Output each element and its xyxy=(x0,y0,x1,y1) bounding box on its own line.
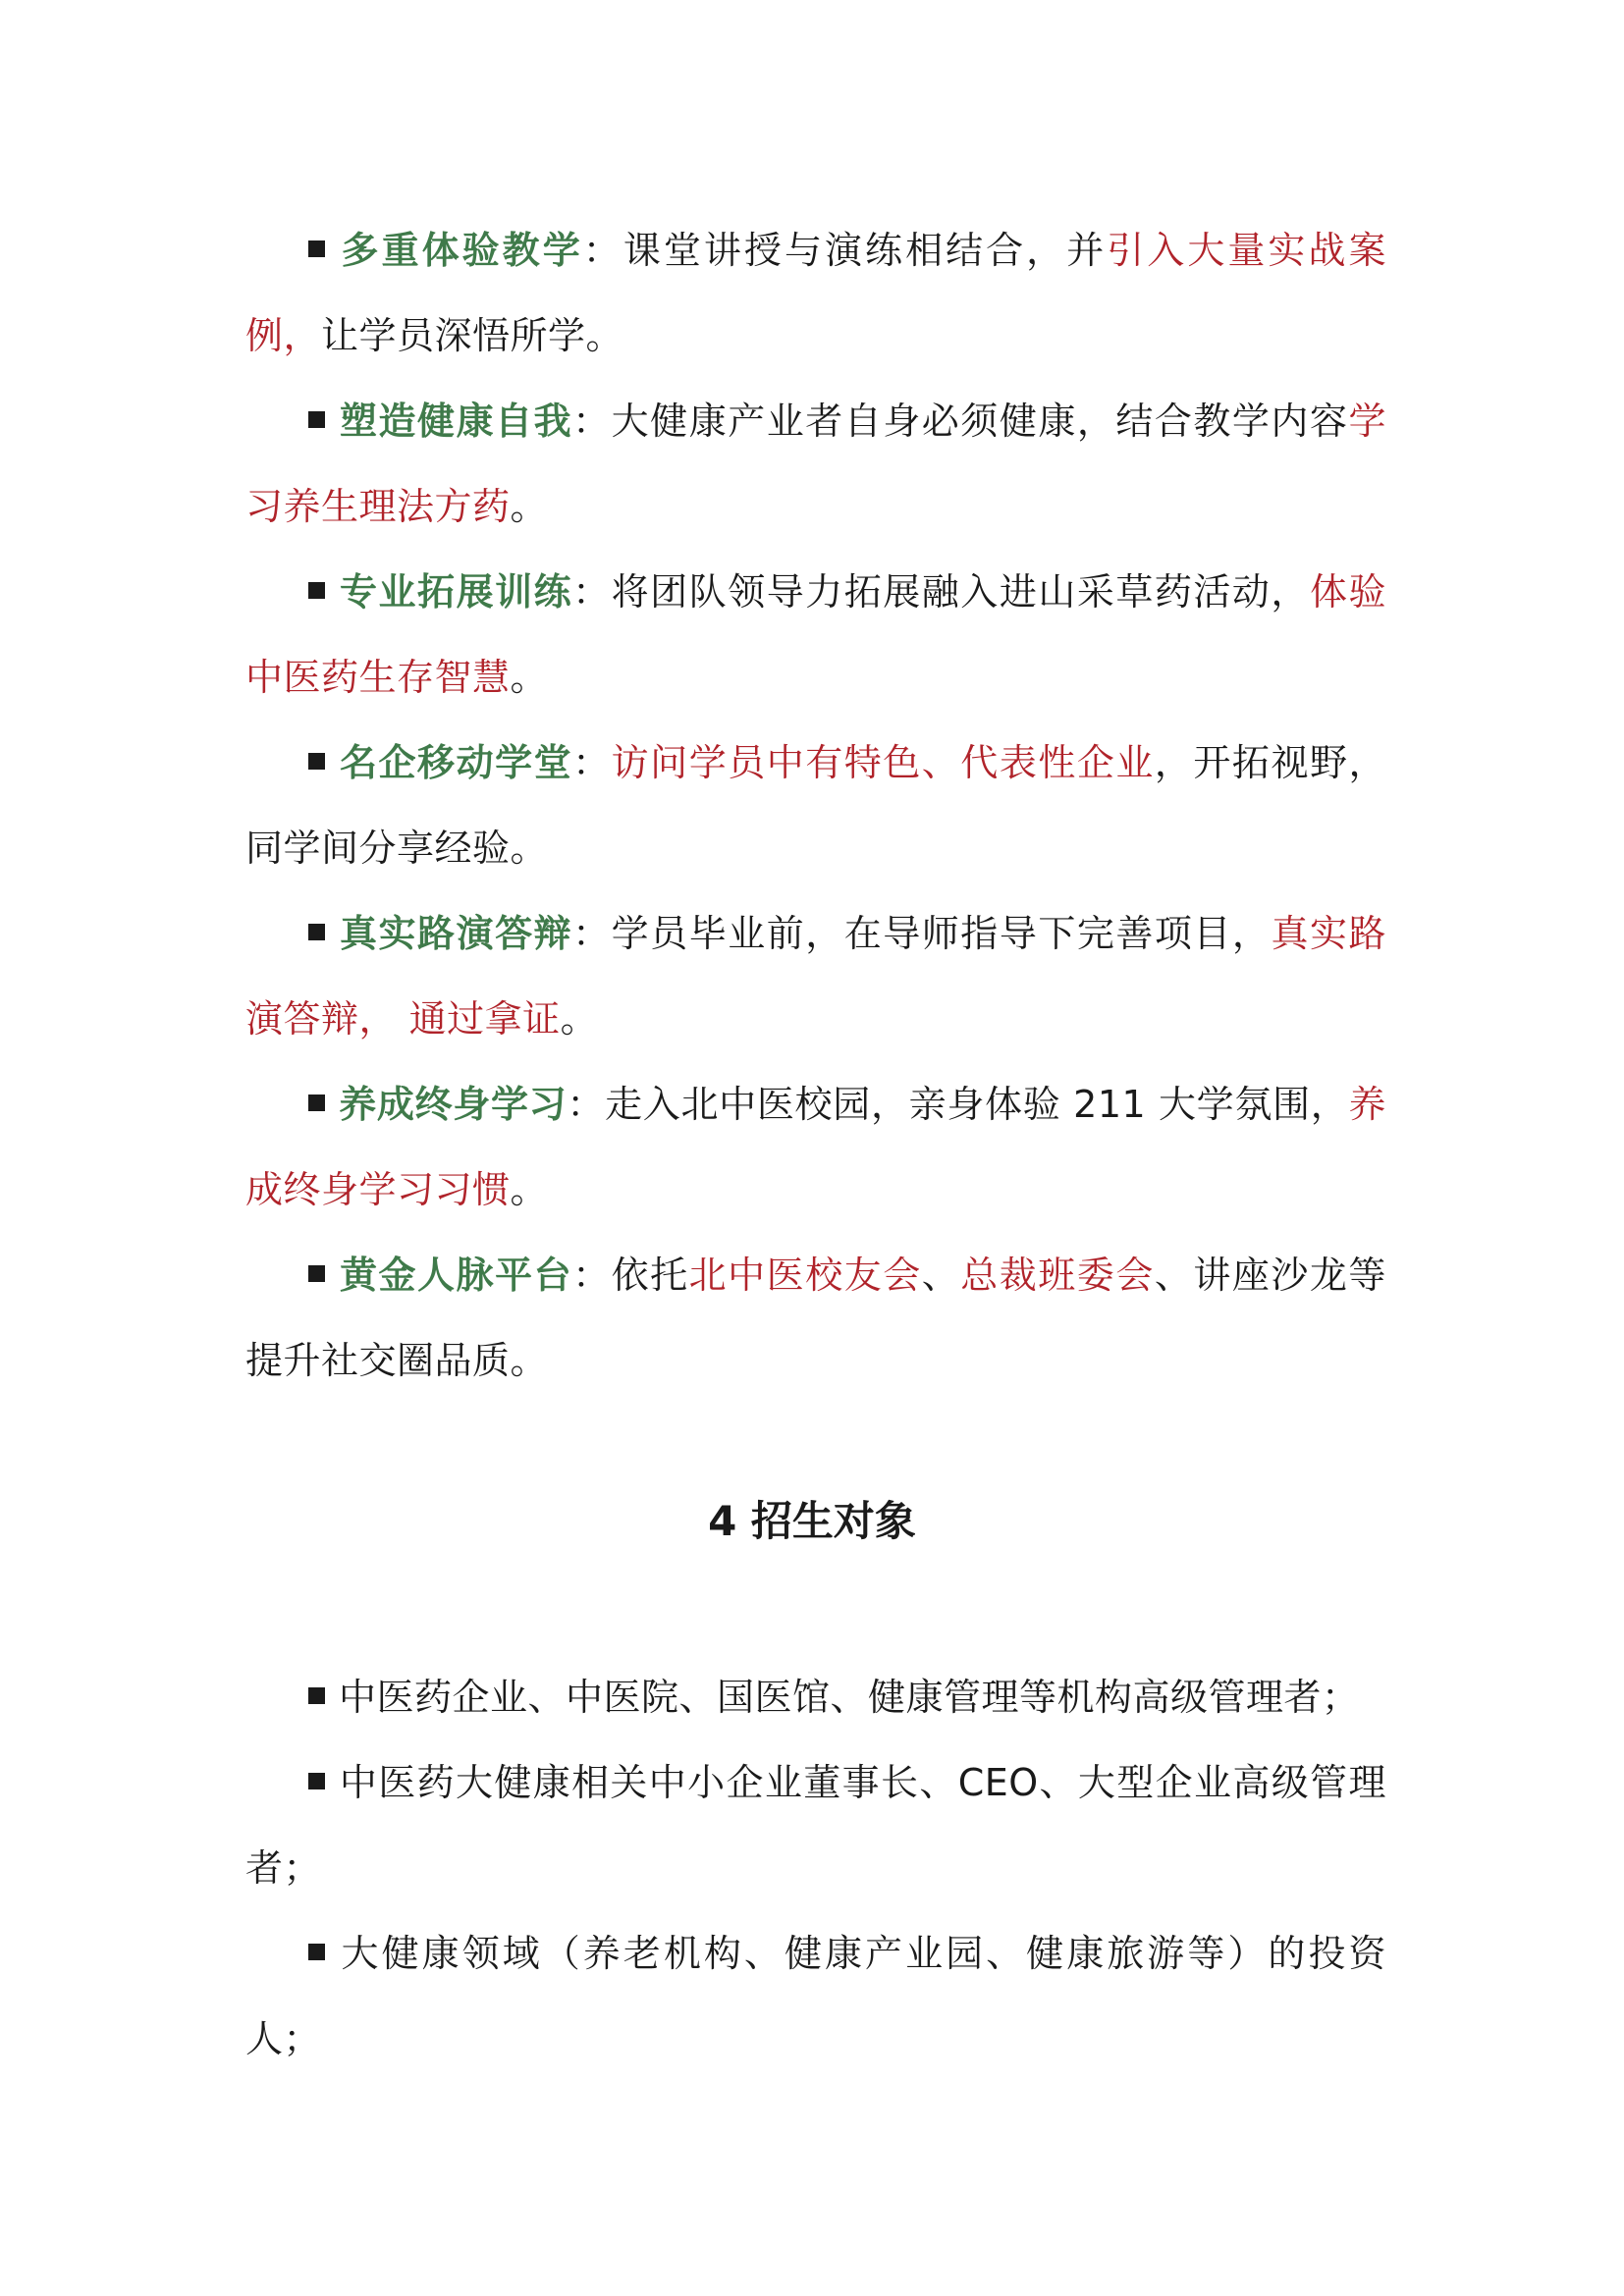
features-list: 多重体验教学：课堂讲授与演练相结合，并引入大量实战案例，让学员深悟所学。 塑造健… xyxy=(245,208,1386,1404)
feature-item: 名企移动学堂：访问学员中有特色、代表性企业，开拓视野，同学间分享经验。 xyxy=(245,721,1386,891)
audience-text: 中医药大健康相关中小企业董事长、CEO、大型企业高级管理者； xyxy=(245,1761,1386,1890)
separator: ： xyxy=(572,741,612,784)
feature-highlight: 北中医校友会 xyxy=(689,1254,922,1297)
audience-item: 中医药大健康相关中小企业董事长、CEO、大型企业高级管理者； xyxy=(245,1740,1386,1911)
feature-item: 多重体验教学：课堂讲授与演练相结合，并引入大量实战案例，让学员深悟所学。 xyxy=(245,208,1386,379)
audience-text: 大健康领域（养老机构、健康产业园、健康旅游等）的投资人； xyxy=(245,1932,1386,2060)
square-bullet-icon xyxy=(308,1773,325,1789)
square-bullet-icon xyxy=(308,924,325,940)
feature-highlight: 访问学员中有特色、代表性企业 xyxy=(612,741,1155,784)
feature-text: 课堂讲授与演练相结合，并 xyxy=(623,229,1107,272)
feature-text: 。 xyxy=(561,997,599,1041)
square-bullet-icon xyxy=(308,1095,325,1111)
feature-title: 塑造健康自我 xyxy=(339,400,572,443)
feature-text: 将团队领导力拓展融入进山采草药活动， xyxy=(612,570,1310,614)
feature-highlight: 总裁班委会 xyxy=(960,1254,1155,1297)
feature-title: 名企移动学堂 xyxy=(339,741,572,784)
audience-item: 大健康领域（养老机构、健康产业园、健康旅游等）的投资人； xyxy=(245,1911,1386,2082)
separator: ： xyxy=(572,400,612,443)
feature-text: 让学员深悟所学。 xyxy=(321,314,623,357)
feature-text: 。 xyxy=(511,485,549,528)
feature-title: 真实路演答辩 xyxy=(339,912,572,955)
feature-text: 。 xyxy=(511,656,549,699)
square-bullet-icon xyxy=(308,1265,325,1282)
feature-title: 专业拓展训练 xyxy=(339,570,572,614)
section-heading: 4 招生对象 xyxy=(0,1492,1624,1551)
feature-text: 。 xyxy=(511,1168,549,1211)
feature-text: 大健康产业者自身必须健康，结合教学内容 xyxy=(612,400,1349,443)
square-bullet-icon xyxy=(308,1687,325,1704)
feature-text: 、 xyxy=(922,1254,961,1297)
separator: ： xyxy=(572,1254,612,1297)
square-bullet-icon xyxy=(308,240,325,257)
feature-title: 养成终身学习 xyxy=(339,1083,567,1126)
feature-text: 走入北中医校园，亲身体验 211 大学氛围， xyxy=(605,1083,1348,1126)
feature-item: 塑造健康自我：大健康产业者自身必须健康，结合教学内容学习养生理法方药。 xyxy=(245,379,1386,550)
square-bullet-icon xyxy=(308,1944,325,1960)
square-bullet-icon xyxy=(308,753,325,770)
audience-list: 中医药企业、中医院、国医馆、健康管理等机构高级管理者； 中医药大健康相关中小企业… xyxy=(245,1655,1386,2082)
feature-text: 学员毕业前，在导师指导下完善项目， xyxy=(612,912,1272,955)
separator: ： xyxy=(572,570,612,614)
separator: ： xyxy=(583,229,623,272)
feature-item: 黄金人脉平台：依托北中医校友会、总裁班委会、讲座沙龙等提升社交圈品质。 xyxy=(245,1233,1386,1404)
square-bullet-icon xyxy=(308,411,325,428)
feature-text: 依托 xyxy=(612,1254,689,1297)
audience-item: 中医药企业、中医院、国医馆、健康管理等机构高级管理者； xyxy=(245,1655,1386,1740)
audience-text: 中医药企业、中医院、国医馆、健康管理等机构高级管理者； xyxy=(339,1676,1360,1719)
square-bullet-icon xyxy=(308,582,325,599)
feature-item: 专业拓展训练：将团队领导力拓展融入进山采草药活动，体验中医药生存智慧。 xyxy=(245,550,1386,721)
feature-title: 黄金人脉平台 xyxy=(339,1254,572,1297)
feature-title: 多重体验教学 xyxy=(339,229,583,272)
feature-item: 真实路演答辩：学员毕业前，在导师指导下完善项目，真实路演答辩， 通过拿证。 xyxy=(245,891,1386,1062)
feature-item: 养成终身学习：走入北中医校园，亲身体验 211 大学氛围，养成终身学习习惯。 xyxy=(245,1062,1386,1233)
separator: ： xyxy=(567,1083,605,1126)
separator: ： xyxy=(572,912,612,955)
